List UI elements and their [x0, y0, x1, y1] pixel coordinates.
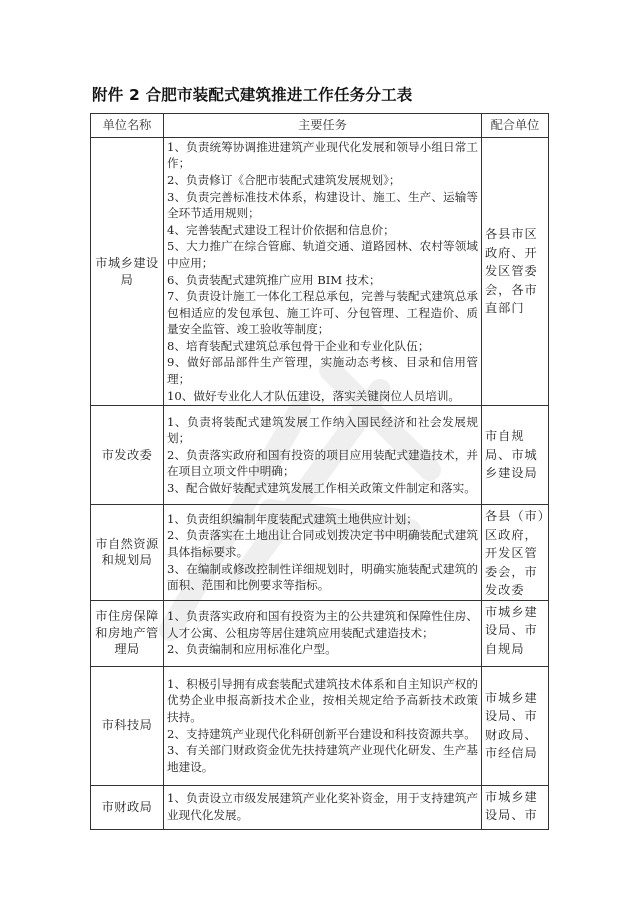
partner-units: 市城乡建设局、市自规局 [482, 600, 549, 666]
task-division-table: 单位名称 主要任务 配合单位 市城乡建设局 1、负责统筹协调推进建筑产业现代化发… [90, 113, 549, 830]
table-row: 市财政局 1、负责设立市级发展建筑产业化奖补资金，用于支持建筑产业现代化发展。 … [91, 785, 549, 829]
task-item: 5、大力推广在综合管廊、轨道交通、道路园林、农村等领域中应用； [167, 238, 478, 271]
task-list: 1、负责落实政府和国有投资为主的公共建筑和保障性住房、人才公寓、公租房等居住建筑… [164, 600, 482, 666]
task-item: 2、负责修订《合肥市装配式建筑发展规划》； [167, 172, 478, 189]
task-item: 2、负责落实在土地出让合同或划拨决定书中明确装配式建筑具体指标要求。 [167, 527, 478, 560]
unit-name: 市科技局 [91, 666, 164, 785]
task-item: 3、在编制或修改控制性详细规划时，明确实施装配式建筑的面积、范围和比例要求等指标… [167, 561, 478, 594]
task-item: 9、做好部品部件生产管理，实施动态考核、目录和信用管理； [167, 354, 478, 387]
task-item: 2、负责编制和应用标准化户型。 [167, 641, 478, 658]
partner-units: 各县（市）区政府，开发区管委会，市发改委 [482, 505, 549, 601]
table-row: 市城乡建设局 1、负责统筹协调推进建筑产业现代化发展和领导小组日常工作； 2、负… [91, 138, 549, 406]
table-row: 市住房保障和房地产管理局 1、负责落实政府和国有投资为主的公共建筑和保障性住房、… [91, 600, 549, 666]
task-item: 2、负责落实政府和国有投资的项目应用装配式建造技术，并在项目立项文件中明确； [167, 447, 478, 480]
task-list: 1、负责将装配式建筑发展工作纳入国民经济和社会发展规划； 2、负责落实政府和国有… [164, 406, 482, 505]
task-item: 3、有关部门财政资金优先扶持建筑产业现代化研发、生产基地建设。 [167, 742, 478, 775]
task-item: 3、负责完善标准技术体系，构建设计、施工、生产、运输等全环节适用规则； [167, 189, 478, 222]
task-item: 1、负责设立市级发展建筑产业化奖补资金，用于支持建筑产业现代化发展。 [167, 790, 478, 823]
task-item: 4、完善装配式建设工程计价依据和信息价； [167, 222, 478, 239]
header-tasks: 主要任务 [164, 114, 482, 138]
table-row: 市科技局 1、积极引导拥有成套装配式建筑技术体系和自主知识产权的优势企业申报高新… [91, 666, 549, 785]
partner-units: 市城乡建设局、市 [482, 785, 549, 829]
task-item: 2、支持建筑产业现代化科研创新平台建设和科技资源共享。 [167, 726, 478, 743]
document-title: 附件 2 合肥市装配式建筑推进工作任务分工表 [92, 83, 412, 105]
header-partner: 配合单位 [482, 114, 549, 138]
unit-name: 市住房保障和房地产管理局 [91, 600, 164, 666]
task-item: 1、负责统筹协调推进建筑产业现代化发展和领导小组日常工作； [167, 139, 478, 172]
partner-units: 各县市区政府、开发区管委会，各市直部门 [482, 138, 549, 406]
table-row: 市自然资源和规划局 1、负责组织编制年度装配式建筑土地供应计划； 2、负责落实在… [91, 505, 549, 601]
task-item: 1、负责组织编制年度装配式建筑土地供应计划； [167, 511, 478, 528]
task-list: 1、积极引导拥有成套装配式建筑技术体系和自主知识产权的优势企业申报高新技术企业，… [164, 666, 482, 785]
table-header-row: 单位名称 主要任务 配合单位 [91, 114, 549, 138]
partner-units: 市城乡建设局、市财政局、市经信局 [482, 666, 549, 785]
partner-units: 市自规局、市城乡建设局 [482, 406, 549, 505]
task-list: 1、负责设立市级发展建筑产业化奖补资金，用于支持建筑产业现代化发展。 [164, 785, 482, 829]
task-item: 8、培育装配式建筑总承包骨干企业和专业化队伍； [167, 338, 478, 355]
task-item: 7、负责设计施工一体化工程总承包，完善与装配式建筑总承包相适应的发包承包、施工许… [167, 288, 478, 338]
header-unit: 单位名称 [91, 114, 164, 138]
unit-name: 市发改委 [91, 406, 164, 505]
unit-name: 市财政局 [91, 785, 164, 829]
task-item: 6、负责装配式建筑推广应用 BIM 技术； [167, 272, 478, 289]
task-item: 1、负责落实政府和国有投资为主的公共建筑和保障性住房、人才公寓、公租房等居住建筑… [167, 608, 478, 641]
unit-name: 市自然资源和规划局 [91, 505, 164, 601]
task-item: 3、配合做好装配式建筑发展工作相关政策文件制定和落实。 [167, 480, 478, 497]
unit-name: 市城乡建设局 [91, 138, 164, 406]
task-item: 1、负责将装配式建筑发展工作纳入国民经济和社会发展规划； [167, 414, 478, 447]
task-item: 1、积极引导拥有成套装配式建筑技术体系和自主知识产权的优势企业申报高新技术企业，… [167, 676, 478, 726]
task-item: 10、做好专业化人才队伍建设，落实关键岗位人员培训。 [167, 388, 478, 405]
task-list: 1、负责组织编制年度装配式建筑土地供应计划； 2、负责落实在土地出让合同或划拨决… [164, 505, 482, 601]
task-list: 1、负责统筹协调推进建筑产业现代化发展和领导小组日常工作； 2、负责修订《合肥市… [164, 138, 482, 406]
table-row: 市发改委 1、负责将装配式建筑发展工作纳入国民经济和社会发展规划； 2、负责落实… [91, 406, 549, 505]
